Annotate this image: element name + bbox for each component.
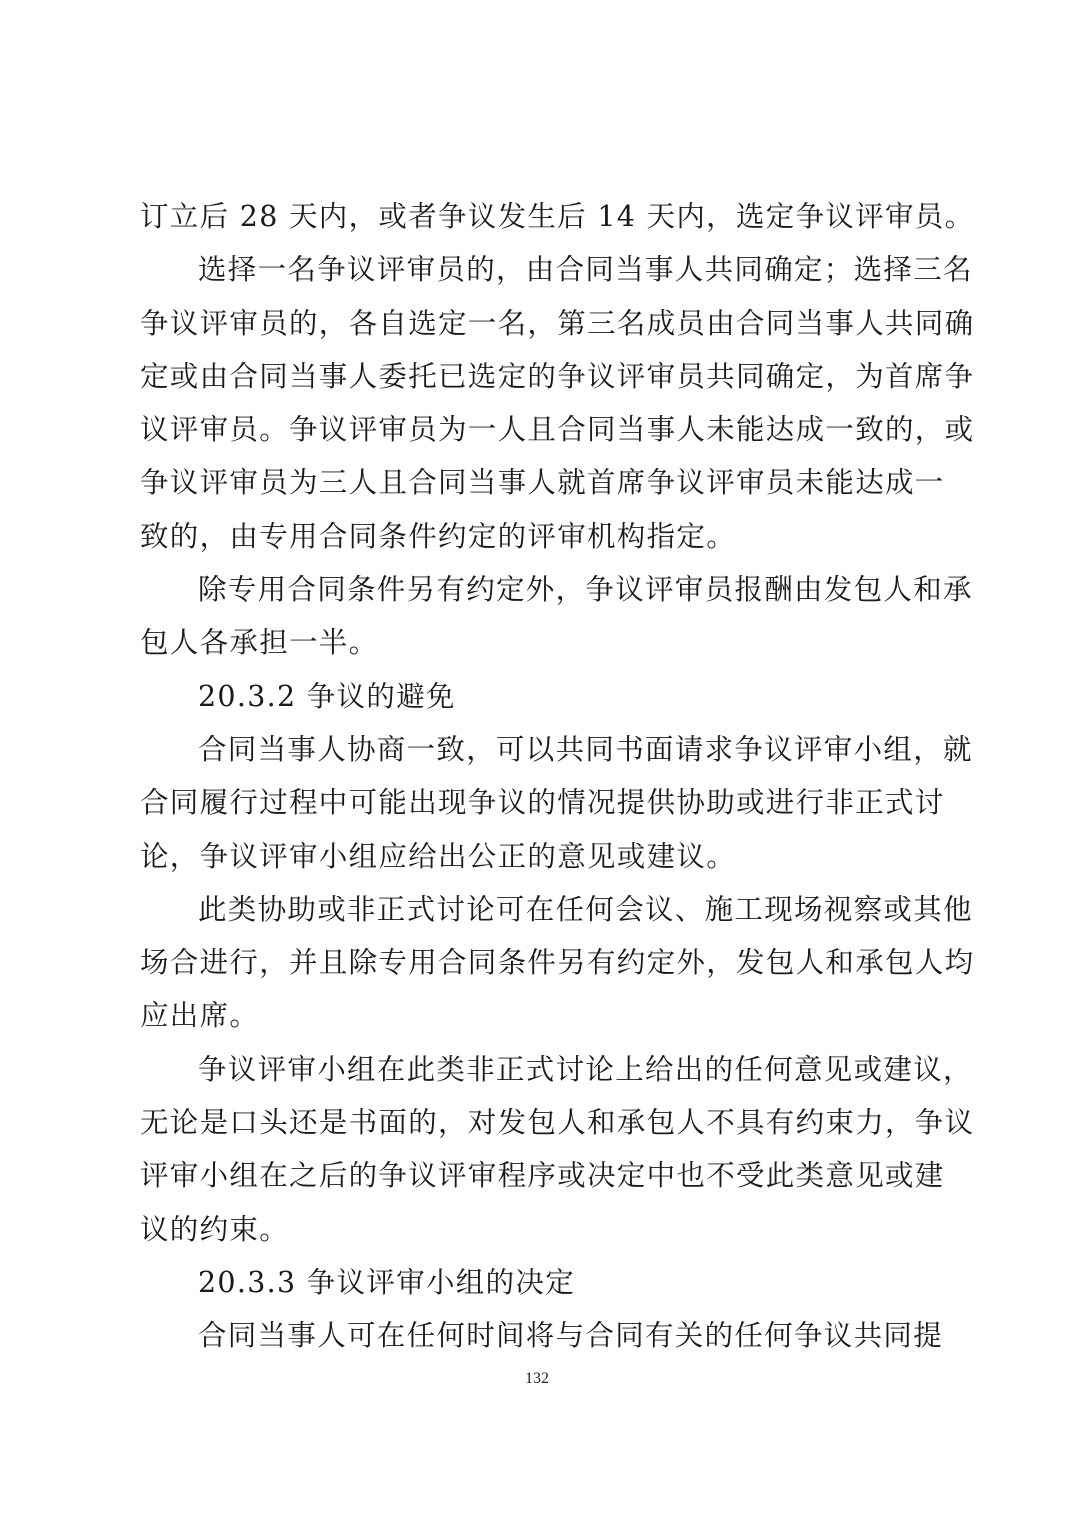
text-line: 包人各承担一半。 [140,620,936,673]
paragraph-line: 除专用合同条件另有约定外，争议评审员报酬由发包人和承 [140,567,936,620]
text-line: 定或由合同当事人委托已选定的争议评审员共同确定，为首席争 [140,354,936,407]
text-line: 论，争议评审小组应给出公正的意见或建议。 [140,834,936,887]
section-heading-20-3-2: 20.3.2 争议的避免 [140,674,936,727]
text-line: 应出席。 [140,993,936,1046]
paragraph-line: 合同当事人协商一致，可以共同书面请求争议评审小组，就 [140,727,936,780]
paragraph-line: 争议评审小组在此类非正式讨论上给出的任何意见或建议， [140,1047,936,1100]
section-heading-20-3-3: 20.3.3 争议评审小组的决定 [140,1260,936,1313]
text-line: 场合进行，并且除专用合同条件另有约定外，发包人和承包人均 [140,940,936,993]
document-page-body: 订立后 28 天内，或者争议发生后 14 天内，选定争议评审员。 选择一名争议评… [140,194,936,1367]
text-line: 争议评审员的，各自选定一名，第三名成员由合同当事人共同确 [140,301,936,354]
text-line: 致的，由专用合同条件约定的评审机构指定。 [140,514,936,567]
text-line: 合同履行过程中可能出现争议的情况提供协助或进行非正式讨 [140,780,936,833]
paragraph-line: 此类协助或非正式讨论可在任何会议、施工现场视察或其他 [140,887,936,940]
text-line: 无论是口头还是书面的，对发包人和承包人不具有约束力，争议 [140,1100,936,1153]
text-line: 议的约束。 [140,1207,936,1260]
text-line: 订立后 28 天内，或者争议发生后 14 天内，选定争议评审员。 [140,194,936,247]
paragraph-line: 选择一名争议评审员的，由合同当事人共同确定；选择三名 [140,247,936,300]
text-line: 议评审员。争议评审员为一人且合同当事人未能达成一致的，或 [140,407,936,460]
page-number: 132 [0,1370,1074,1388]
text-line: 评审小组在之后的争议评审程序或决定中也不受此类意见或建 [140,1153,936,1206]
text-line: 争议评审员为三人且合同当事人就首席争议评审员未能达成一 [140,460,936,513]
paragraph-line: 合同当事人可在任何时间将与合同有关的任何争议共同提 [140,1313,936,1366]
